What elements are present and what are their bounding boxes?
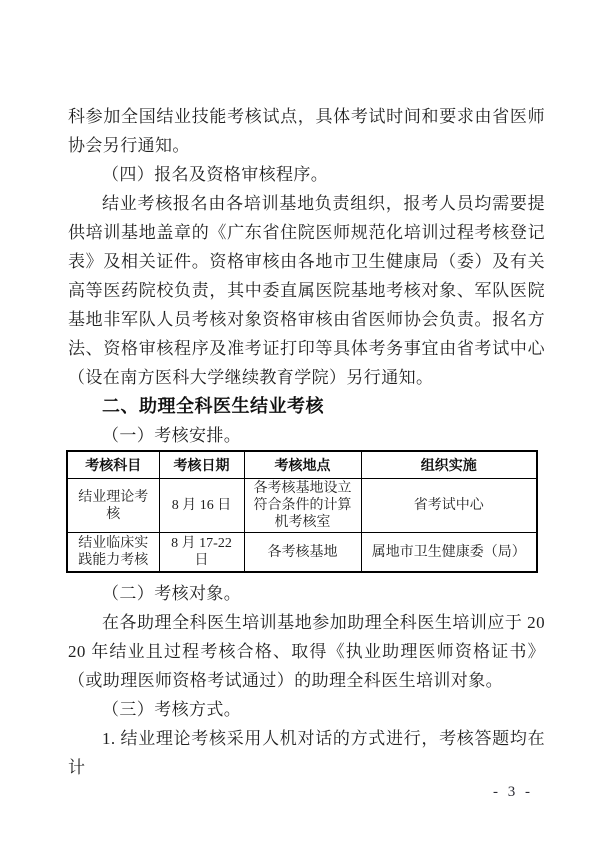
table-row: 结业临床实践能力考核 8 月 17-22 日 各考核基地 属地市卫生健康委（局）: [67, 533, 537, 573]
cell-organizer: 省考试中心: [361, 479, 537, 533]
document-body: 科参加全国结业技能考核试点，具体考试时间和要求由省医师协会另行通知。 （四）报名…: [68, 102, 545, 782]
subsection-heading-2: （二）考核对象。: [68, 579, 545, 608]
paragraph-assessment-targets: 在各助理全科医生培训基地参加助理全科医生培训应于 2020 年结业且过程考核合格…: [68, 608, 545, 695]
paragraph-registration-review: 结业考核报名由各培训基地负责组织，报考人员均需要提供培训基地盖章的《广东省住院医…: [68, 189, 545, 392]
column-header-subject: 考核科目: [67, 451, 159, 479]
section-2-heading: 二、助理全科医生结业考核: [68, 392, 545, 421]
paragraph-continuation: 科参加全国结业技能考核试点，具体考试时间和要求由省医师协会另行通知。: [68, 102, 545, 160]
column-header-organizer: 组织实施: [361, 451, 537, 479]
cell-location: 各考核基地: [244, 533, 361, 573]
column-header-date: 考核日期: [159, 451, 244, 479]
subsection-heading-4: （四）报名及资格审核程序。: [68, 160, 545, 189]
table-row: 结业理论考核 8 月 16 日 各考核基地设立符合条件的计算机考核室 省考试中心: [67, 479, 537, 533]
subsection-heading-1: （一）考核安排。: [68, 421, 545, 450]
assessment-schedule-table: 考核科目 考核日期 考核地点 组织实施 结业理论考核 8 月 16 日 各考核基…: [66, 450, 538, 573]
column-header-location: 考核地点: [244, 451, 361, 479]
cell-date: 8 月 17-22 日: [159, 533, 244, 573]
page-number: - 3 -: [493, 778, 533, 807]
cell-subject: 结业临床实践能力考核: [67, 533, 159, 573]
document-page: 科参加全国结业技能考核试点，具体考试时间和要求由省医师协会另行通知。 （四）报名…: [0, 0, 610, 863]
cell-location: 各考核基地设立符合条件的计算机考核室: [244, 479, 361, 533]
cell-subject: 结业理论考核: [67, 479, 159, 533]
paragraph-assessment-method: 1. 结业理论考核采用人机对话的方式进行，考核答题均在计: [68, 724, 545, 782]
cell-organizer: 属地市卫生健康委（局）: [361, 533, 537, 573]
cell-date: 8 月 16 日: [159, 479, 244, 533]
table-header-row: 考核科目 考核日期 考核地点 组织实施: [67, 451, 537, 479]
subsection-heading-3: （三）考核方式。: [68, 695, 545, 724]
